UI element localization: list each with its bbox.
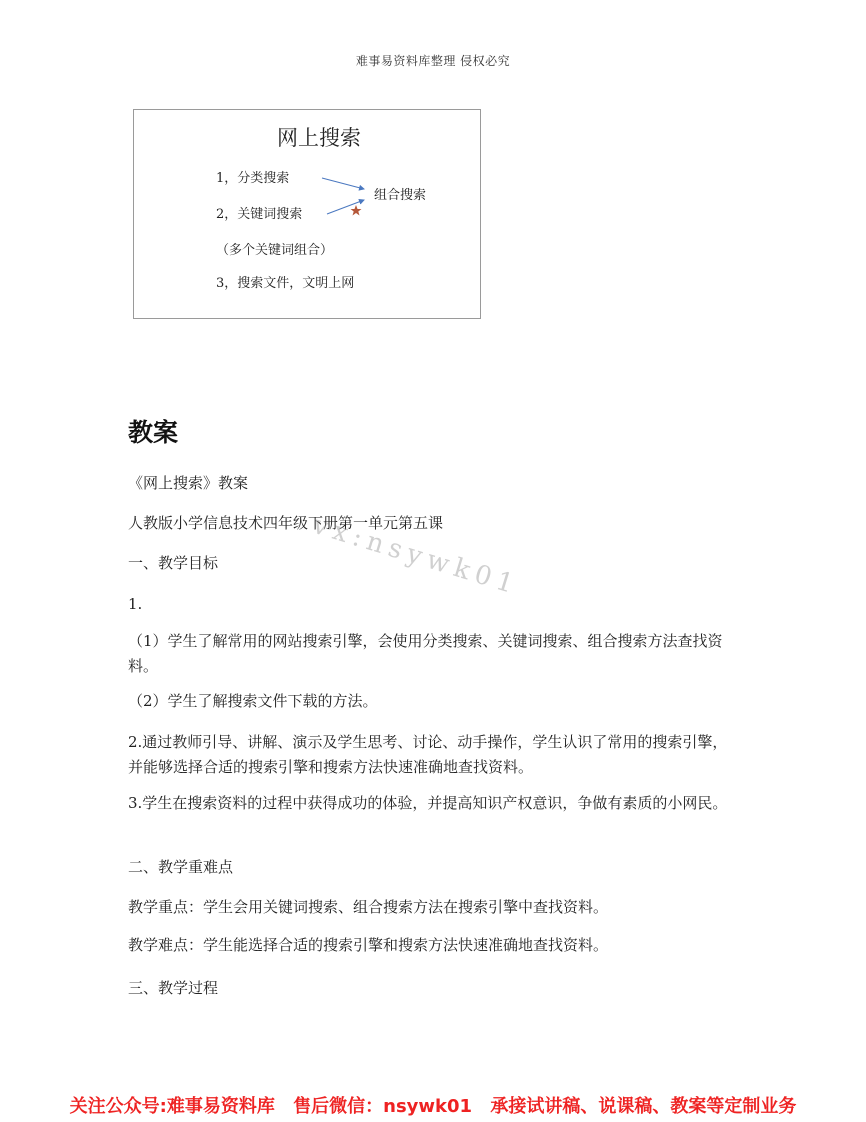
page-header: 难事易资料库整理 侵权必究 xyxy=(0,52,866,69)
objective-2: 2.通过教师引导、讲解、演示及学生思考、讨论、动手操作，学生认识了常用的搜索引擎… xyxy=(128,730,738,780)
slide-title: 网上搜索 xyxy=(134,122,480,152)
footer-banner: 关注公众号:难事易资料库 售后微信：nsywk01 承接试讲稿、说课稿、教案等定… xyxy=(0,1092,866,1118)
footer-services: 承接试讲稿、说课稿、教案等定制业务 xyxy=(490,1096,796,1117)
slide-item-file-search: 3，搜索文件，文明上网 xyxy=(216,272,354,291)
star-icon xyxy=(351,205,362,216)
difficult-point: 教学难点：学生能选择合适的搜索引擎和搜索方法快速准确地查找资料。 xyxy=(128,933,738,958)
objective-1-2: （2）学生了解搜索文件下载的方法。 xyxy=(128,689,738,714)
objective-1-1: （1）学生了解常用的网站搜索引擎，会使用分类搜索、关键词搜索、组合搜索方法查找资… xyxy=(128,629,738,679)
objective-1: 1. xyxy=(128,592,738,617)
section-heading-process: 三、教学过程 xyxy=(128,976,738,1001)
doc-title: 《网上搜索》教案 xyxy=(128,471,738,496)
objective-3: 3.学生在搜索资料的过程中获得成功的体验，并提高知识产权意识，争做有素质的小网民… xyxy=(128,791,738,816)
footer-wechat: 售后微信：nsywk01 xyxy=(293,1096,472,1117)
section-heading-key-points: 二、教学重难点 xyxy=(128,855,738,880)
slide-combined-label: 组合搜索 xyxy=(374,184,426,203)
document-heading: 教案 xyxy=(128,413,178,449)
slide-thumbnail: 网上搜索 1，分类搜索 2，关键词搜索 （多个关键词组合） 3，搜索文件，文明上… xyxy=(133,109,481,319)
slide-item-keyword-combo: （多个关键词组合） xyxy=(216,239,333,258)
footer-official-account: 关注公众号:难事易资料库 xyxy=(70,1096,275,1117)
key-point: 教学重点：学生会用关键词搜索、组合搜索方法在搜索引擎中查找资料。 xyxy=(128,895,738,920)
slide-item-category-search: 1，分类搜索 xyxy=(216,167,289,186)
slide-item-keyword-search: 2，关键词搜索 xyxy=(216,203,302,222)
doc-subtitle: 人教版小学信息技术四年级下册第一单元第五课 xyxy=(128,511,738,536)
